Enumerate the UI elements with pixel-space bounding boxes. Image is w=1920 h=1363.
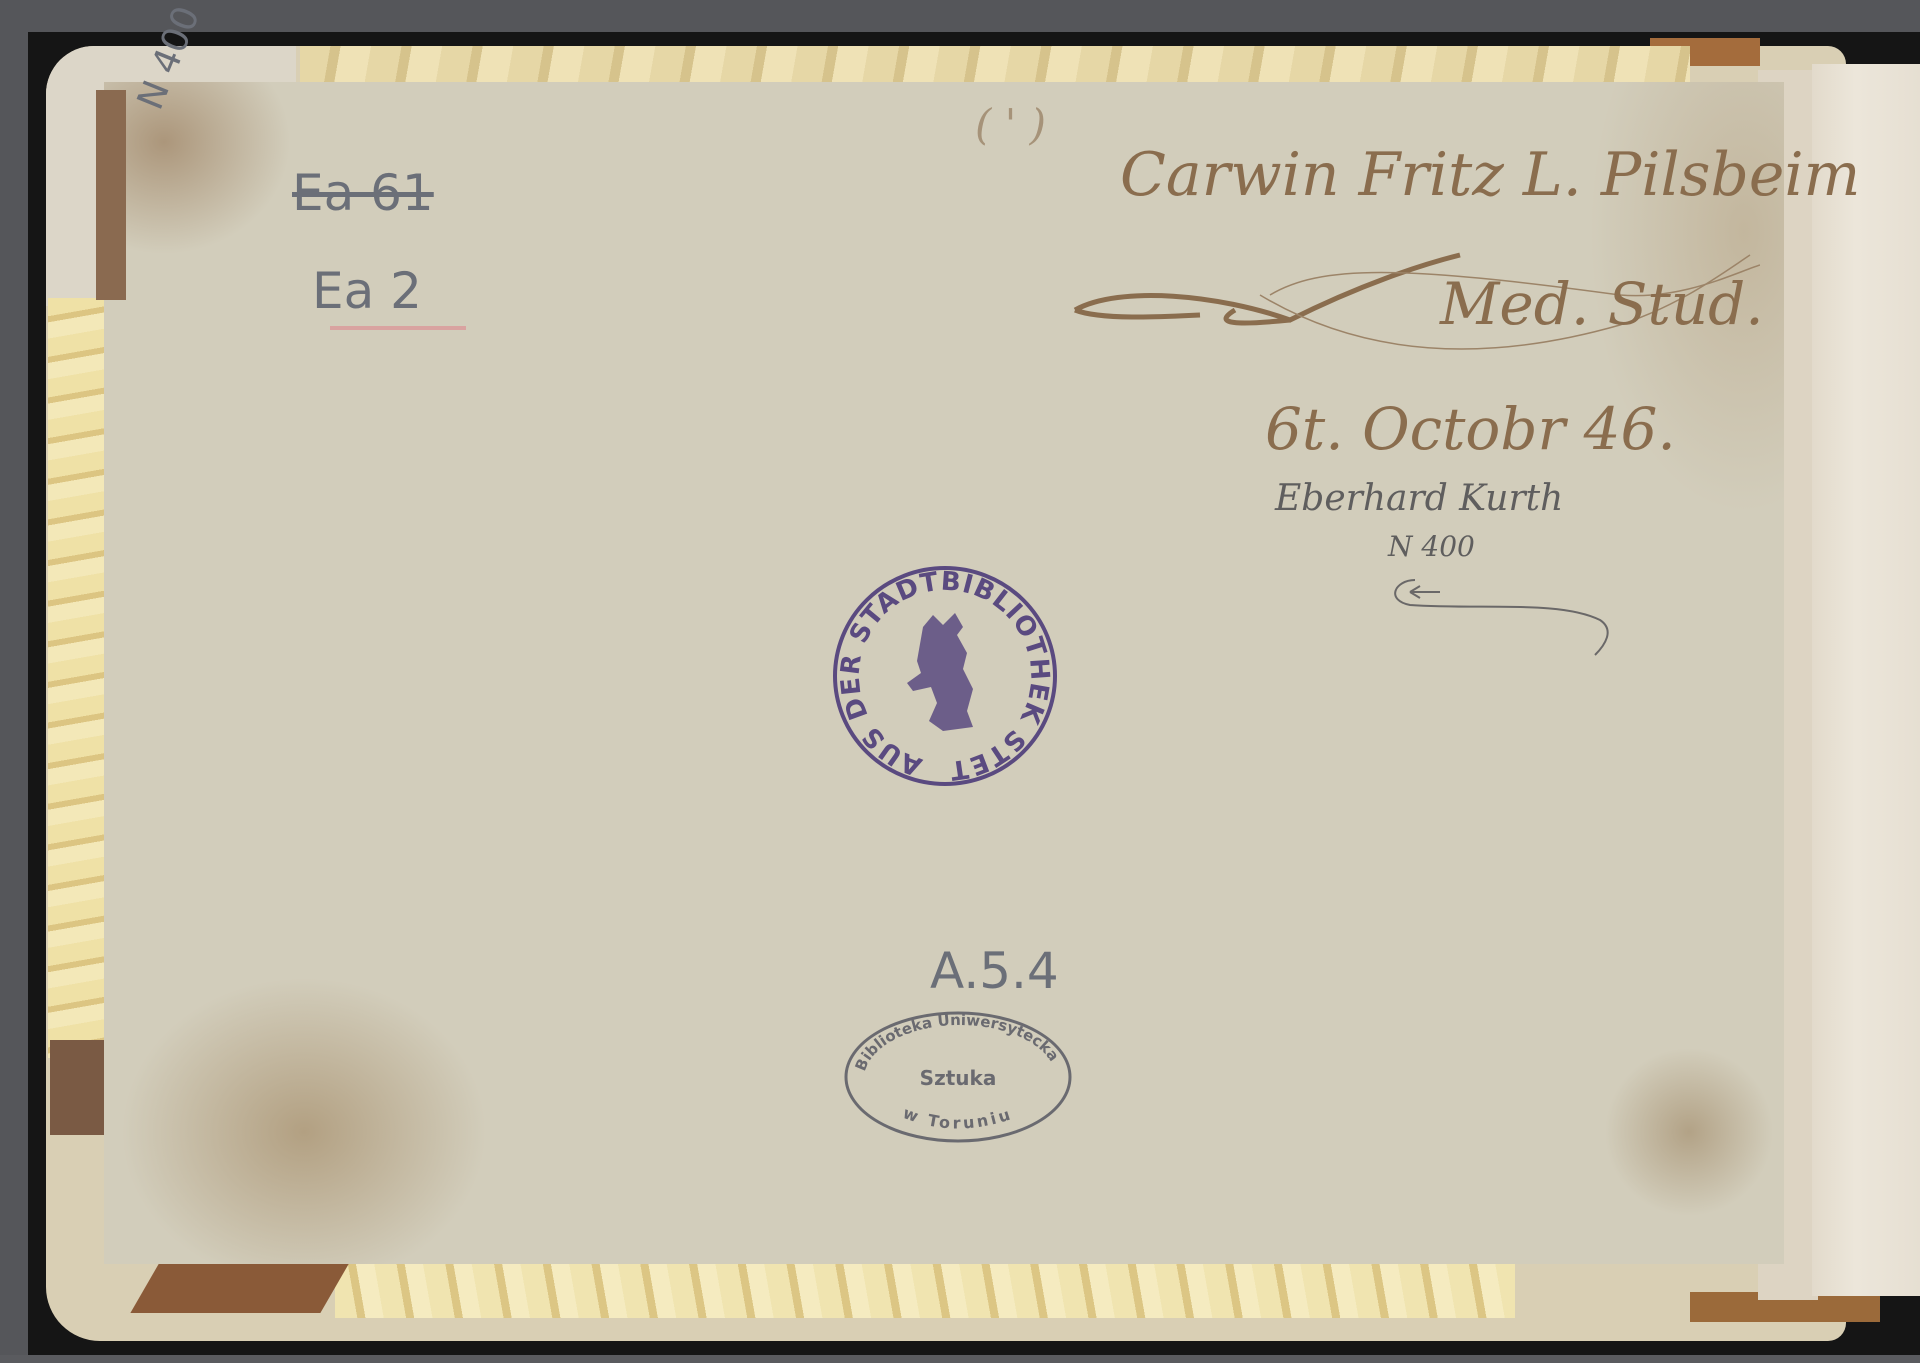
title-inscription: Med. Stud. <box>1440 270 1764 338</box>
call-number: A.5.4 <box>930 942 1059 1000</box>
owner-name-note: Eberhard Kurth <box>1275 478 1563 519</box>
svg-text:w Toruniu: w Toruniu <box>901 1103 1016 1132</box>
oval-stamp-bottom-text: w Toruniu <box>901 1103 1016 1132</box>
torun-library-stamp: Biblioteka Uniwersytecka Sztuka w Toruni… <box>842 1005 1074 1145</box>
grey-bottom-strip <box>0 1355 1920 1363</box>
oval-stamp-center-text: Sztuka <box>920 1066 997 1090</box>
owner-number-note: N 400 <box>1388 530 1475 563</box>
ink-smudge: ( ' ) <box>975 100 1046 149</box>
leather-turn-in <box>96 90 126 300</box>
struck-shelfmark: Ea 61 <box>292 164 434 222</box>
pink-underline <box>330 326 466 330</box>
date-inscription: 6t. Octobr 46. <box>1265 395 1676 463</box>
gilt-border-left <box>48 298 104 1058</box>
oval-stamp-top-text: Biblioteka Uniwersytecka <box>851 1011 1062 1073</box>
svg-text:Biblioteka Uniwersytecka: Biblioteka Uniwersytecka <box>851 1011 1062 1073</box>
grey-left-strip <box>0 0 28 1363</box>
leather-corner-left <box>50 1040 104 1135</box>
arrow-flourish-icon <box>1380 570 1620 660</box>
gilt-border-top <box>300 46 1690 86</box>
flyleaf-page <box>1812 64 1920 1296</box>
stadtbibliothek-stettin-stamp: AUS DER STADTBIBLIOTHEK STETTIN * <box>828 562 1062 790</box>
owner-signature: Carwin Fritz L. Pilsbeim <box>1120 140 1860 210</box>
griffin-head-icon <box>907 613 973 731</box>
grey-top-strip <box>0 0 1920 32</box>
gilt-border-bottom <box>335 1262 1515 1318</box>
shelfmark: Ea 2 <box>312 262 422 320</box>
